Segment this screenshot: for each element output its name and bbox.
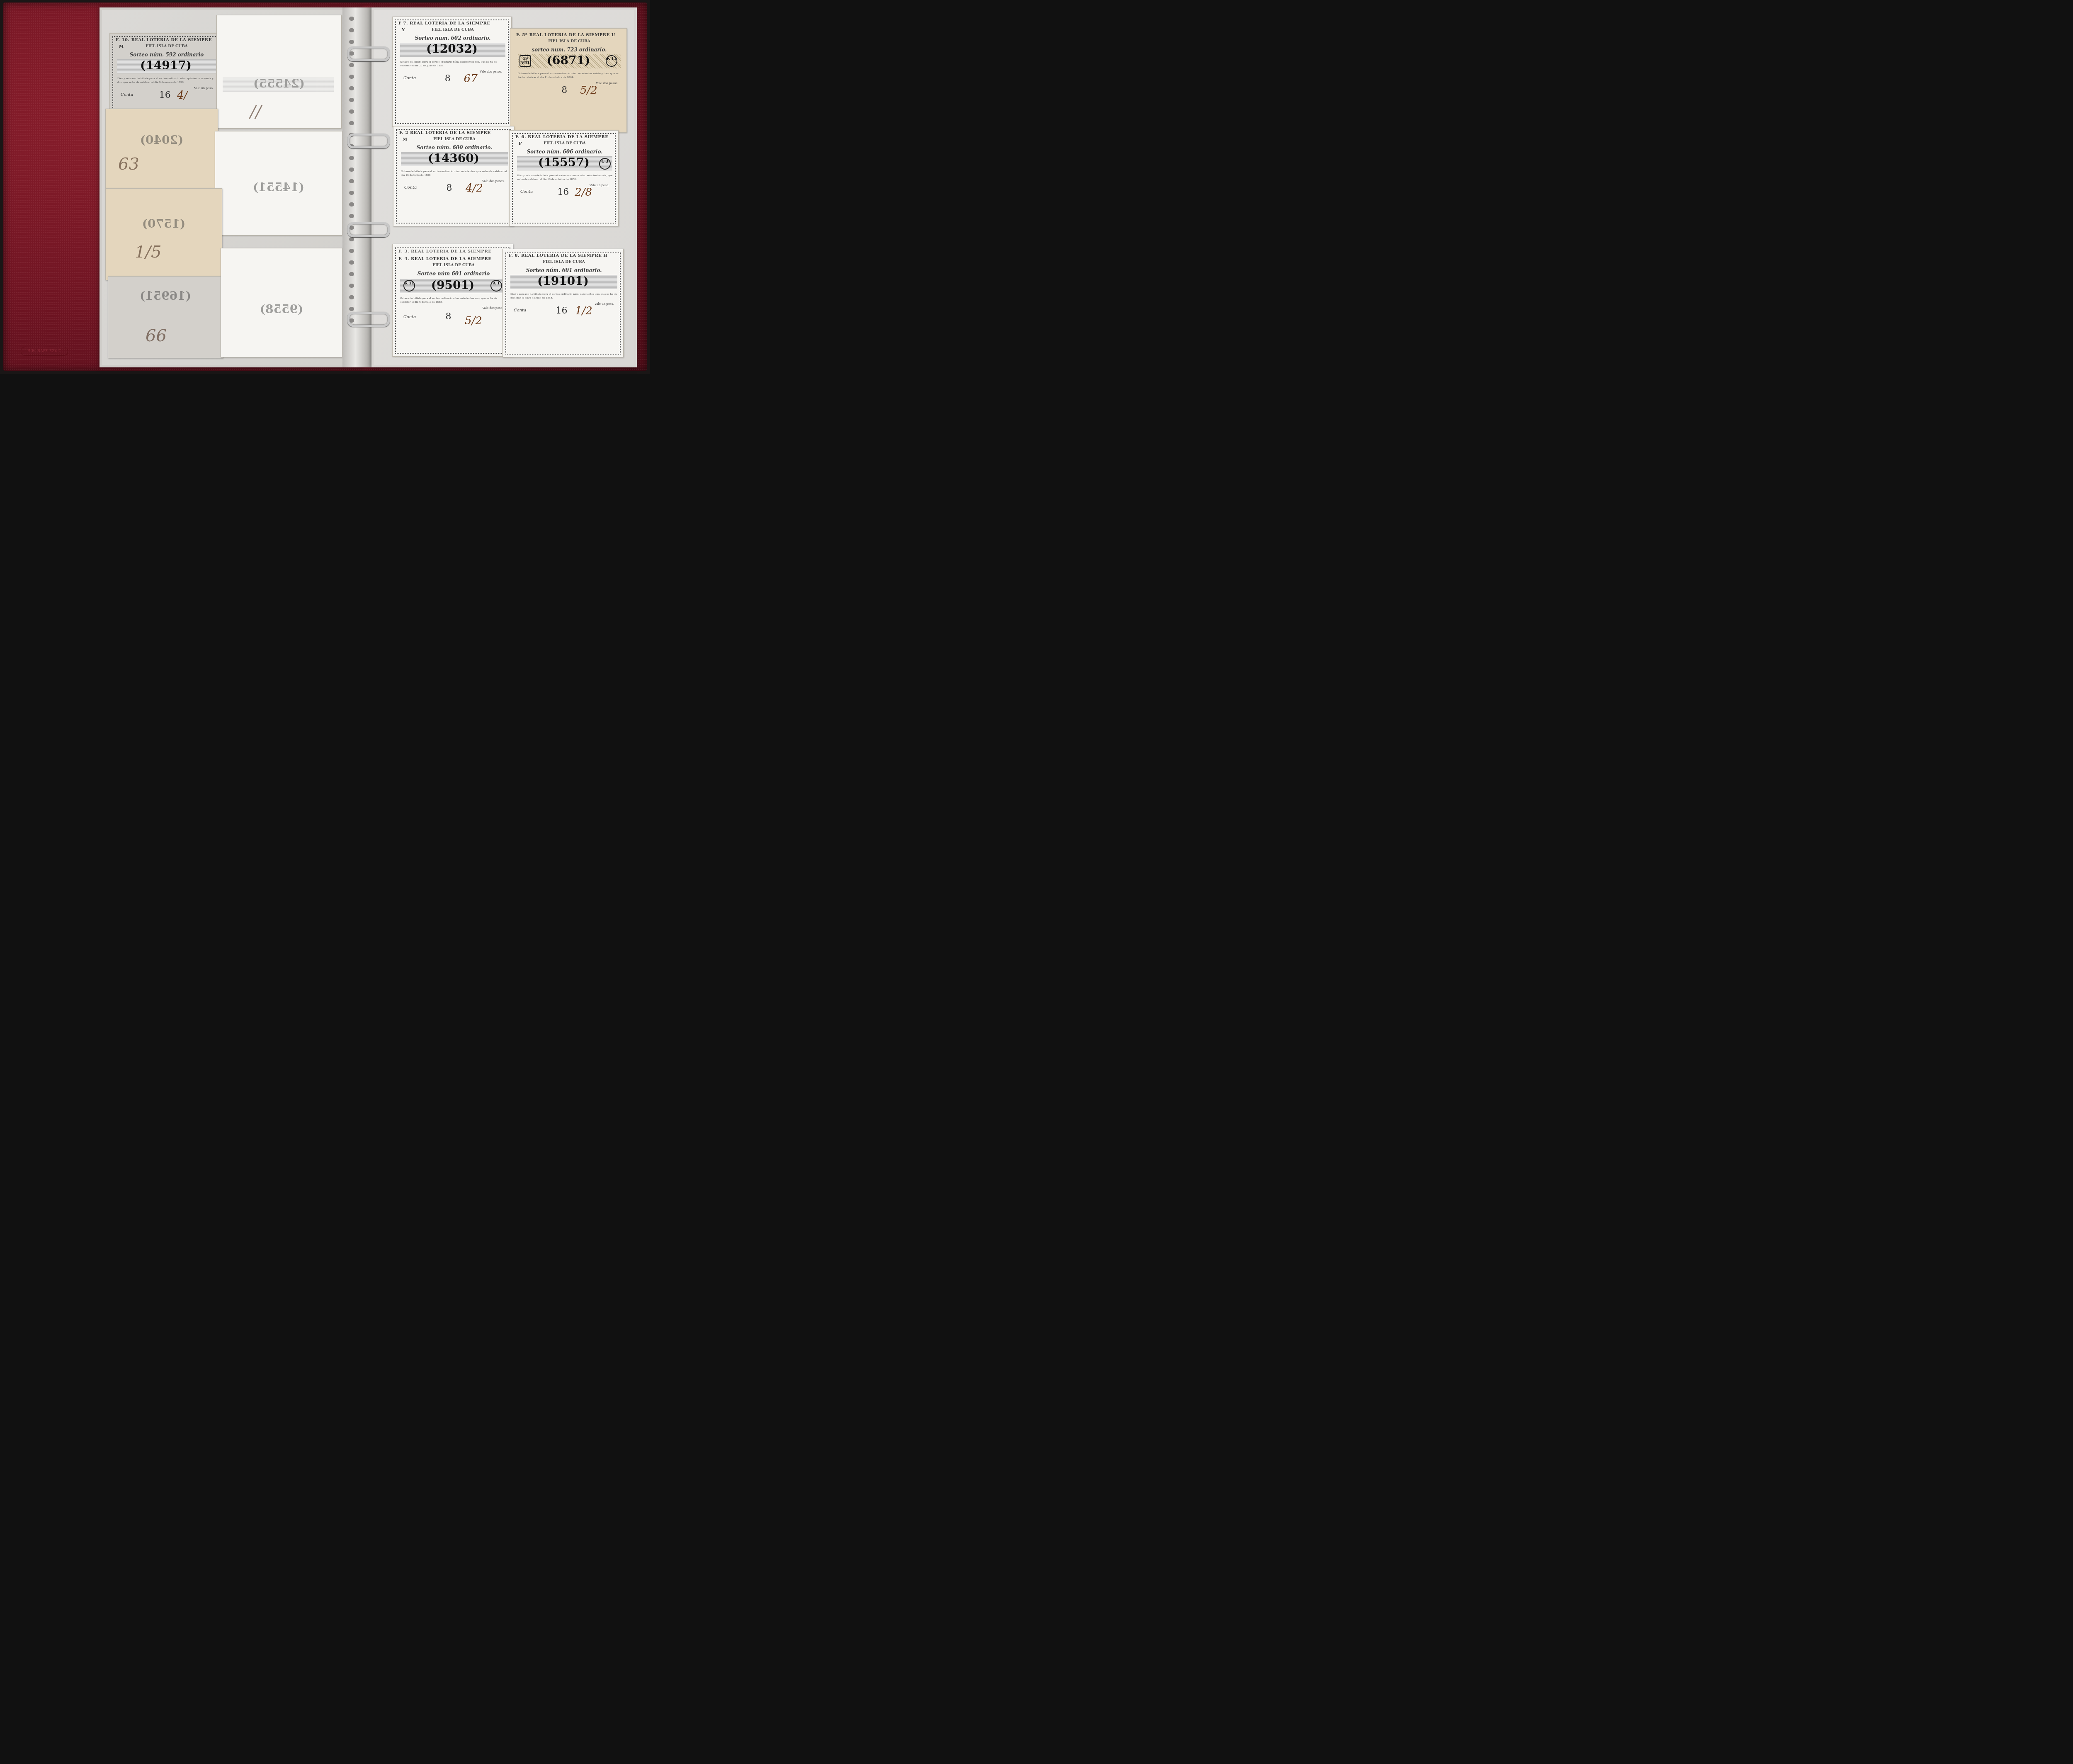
- ticket-value: Vale dos pesos: [596, 82, 617, 85]
- ticket-sorteo: Sorteo núm. 601 ordinario.: [509, 267, 619, 273]
- ticket-series: F 7.: [398, 21, 408, 26]
- lottery-ticket-reversed: (1570) 1/5: [105, 188, 222, 280]
- ticket-handwritten-mark: 2/8: [575, 186, 592, 199]
- ticket-value: Vale un peso.: [595, 302, 614, 306]
- circular-stamp-seal: A 1: [490, 280, 502, 292]
- ticket-handwritten-mark: 1/5: [135, 243, 161, 262]
- ticket-header: REAL LOTERIA DE LA SIEMPRE: [410, 131, 490, 135]
- lottery-ticket: F. 2 REAL LOTERIA DE LA SIEMPRE M FIEL I…: [393, 126, 514, 226]
- ticket-number: (9558): [221, 302, 342, 316]
- ticket-fraction: 8: [561, 85, 567, 95]
- binder-ring: [347, 222, 390, 237]
- ticket-fraction: 16: [557, 187, 569, 197]
- ticket-fraction: 8: [445, 73, 451, 84]
- lottery-ticket: F. 10. REAL LOTERIA DE LA SIEMPRE M FIEL…: [109, 33, 222, 117]
- ticket-signature: Conta: [403, 315, 416, 319]
- circular-stamp-seal: K 11: [606, 55, 617, 67]
- cover-emboss-label: M.H. SAFE 324 C: [21, 347, 68, 356]
- ticket-description: Diez y seis avo de billete para el sorte…: [510, 292, 618, 300]
- ticket-handwritten-mark: 67: [464, 73, 478, 85]
- ticket-value: Vale dos pesos: [482, 306, 504, 310]
- ticket-description: Diez y seis avo de billete para el sorte…: [517, 174, 613, 181]
- ticket-handwritten-mark: 5/2: [465, 315, 482, 327]
- ticket-header: REAL LOTERIA DE LA SIEMPRE: [528, 135, 608, 139]
- ticket-fraction: 16: [556, 306, 568, 316]
- ticket-header-behind: REAL LOTERIA DE LA SIEMPRE: [411, 249, 491, 254]
- lottery-ticket: F 7. REAL LOTERIA DE LA SIEMPRE Y FIEL I…: [392, 17, 512, 127]
- ticket-header: REAL LOTERIA DE LA SIEMPRE: [521, 253, 602, 258]
- ticket-handwritten-mark: 63: [118, 155, 139, 174]
- ticket-number: (14917): [110, 58, 222, 72]
- lottery-ticket-reversed: (16951) 66: [108, 276, 223, 358]
- right-album-page: F 7. REAL LOTERIA DE LA SIEMPRE Y FIEL I…: [371, 7, 637, 367]
- circular-stamp-seal: K 11: [403, 280, 415, 292]
- date-stamp-seal: 19 VIII: [519, 55, 531, 67]
- left-album-page: F. 10. REAL LOTERIA DE LA SIEMPRE M FIEL…: [100, 7, 363, 367]
- punched-holes: [347, 17, 356, 357]
- ticket-description: Octavo de billete para el sorteo ordinar…: [518, 72, 621, 79]
- ticket-value: Vale un peso.: [590, 184, 609, 187]
- ticket-series: F. 8.: [509, 253, 519, 258]
- ticket-handwritten-mark: 4/: [177, 89, 187, 102]
- ticket-number: (14551): [215, 180, 342, 194]
- ticket-sorteo: Sorteo num. 602 ordinario.: [398, 35, 507, 41]
- ticket-number: (16951): [108, 289, 223, 303]
- ticket-subheader: FIEL ISLA DE CUBA: [398, 28, 507, 32]
- ticket-signature: Conta: [520, 190, 533, 194]
- ticket-signature: Conta: [404, 185, 417, 190]
- ticket-value: Vale dos pesos.: [482, 180, 505, 183]
- ticket-fraction: 16: [159, 90, 171, 100]
- ticket-letter: H: [603, 253, 607, 258]
- ticket-sorteo: Sorteo núm. 606 ordinario.: [515, 149, 614, 155]
- ticket-series-behind: F. 3.: [398, 249, 409, 254]
- lottery-ticket: F. 5ª REAL LOTERIA DE LA SIEMPRE U FIEL …: [510, 28, 627, 133]
- lottery-ticket: F. 3. REAL LOTERIA DE LA SIEMPRE F. 4. R…: [392, 244, 513, 357]
- ticket-description: Diez y seis avo de billete para el sorte…: [117, 77, 217, 84]
- ticket-header: REAL LOTERIA DE LA SIEMPRE: [411, 257, 491, 261]
- lottery-ticket: F. 8. REAL LOTERIA DE LA SIEMPRE H FIEL …: [502, 249, 624, 357]
- ticket-number: (19101): [503, 274, 623, 288]
- lottery-ticket-reversed: (2040) 63: [105, 109, 218, 192]
- ticket-description: Octavo de billete para el sorteo ordinar…: [400, 60, 506, 68]
- ticket-number: (12032): [393, 42, 511, 56]
- lottery-ticket-reversed: (24555) //: [216, 15, 342, 129]
- ticket-header: REAL LOTERIA DE LA SIEMPRE: [410, 21, 490, 26]
- ticket-header: REAL LOTERIA DE LA SIEMPRE: [529, 33, 609, 37]
- ticket-fraction: 8: [446, 311, 451, 322]
- ticket-description: Octavo de billete para el sorteo ordinar…: [400, 296, 508, 304]
- ticket-signature: Conta: [403, 76, 416, 80]
- binder-ring: [347, 134, 390, 148]
- ticket-subheader: FIEL ISLA DE CUBA: [509, 260, 619, 264]
- ticket-series: F. 10.: [116, 38, 129, 42]
- ticket-subheader: FIEL ISLA DE CUBA: [399, 137, 510, 141]
- binder-ring: [347, 312, 390, 327]
- ticket-value: Vale dos pesos.: [480, 70, 502, 73]
- ticket-subheader: FIEL ISLA DE CUBA: [398, 263, 509, 267]
- ticket-series: F. 6.: [515, 135, 526, 139]
- lottery-ticket: F. 6. REAL LOTERIA DE LA SIEMPRE P FIEL …: [509, 130, 619, 226]
- ticket-header: REAL LOTERIA DE LA SIEMPRE: [131, 38, 211, 42]
- ticket-subheader: FIEL ISLA DE CUBA: [516, 39, 622, 44]
- ticket-subheader: FIEL ISLA DE CUBA: [515, 141, 614, 146]
- circular-stamp-seal: C 3: [599, 158, 611, 170]
- lottery-ticket-reversed: (14551): [215, 131, 342, 236]
- ticket-sorteo: sorteo num. 723 ordinario.: [516, 47, 622, 53]
- ticket-description: Octavo de billete para el sorteo ordinar…: [401, 170, 509, 177]
- ticket-series: F. 2: [399, 131, 408, 135]
- ticket-number: (14360): [393, 151, 514, 165]
- ticket-handwritten-mark: 66: [146, 326, 167, 345]
- ticket-fraction: 8: [447, 183, 452, 193]
- ticket-handwritten-mark: //: [250, 102, 261, 121]
- ticket-number: (1570): [106, 217, 222, 231]
- ticket-sorteo: Sorteo núm. 600 ordinario.: [399, 145, 510, 151]
- ticket-sorteo: Sorteo núm 601 ordinario: [398, 271, 509, 277]
- ticket-number: (2040): [106, 133, 218, 147]
- ticket-sorteo: Sorteo núm. 592 ordinario: [116, 52, 218, 58]
- ticket-signature: Conta: [121, 92, 133, 97]
- lottery-ticket-reversed: (9558): [221, 248, 342, 357]
- ticket-signature: Conta: [514, 308, 526, 313]
- ticket-number: (24555): [217, 77, 341, 90]
- ticket-series: F. 4.: [398, 257, 409, 261]
- ticket-handwritten-mark: 4/2: [466, 182, 483, 194]
- binder-ring: [347, 46, 390, 61]
- ticket-handwritten-mark: 1/2: [575, 305, 592, 317]
- album-cover-background: M.H. SAFE 324 C F. 10. REAL LOTERIA DE L…: [0, 0, 650, 374]
- ticket-handwritten-mark: 5/2: [580, 84, 597, 97]
- ticket-subheader: FIEL ISLA DE CUBA: [116, 44, 218, 49]
- ticket-value: Vale un peso: [194, 87, 213, 90]
- ticket-letter: U: [612, 33, 615, 37]
- ticket-series: F. 5ª: [516, 33, 527, 37]
